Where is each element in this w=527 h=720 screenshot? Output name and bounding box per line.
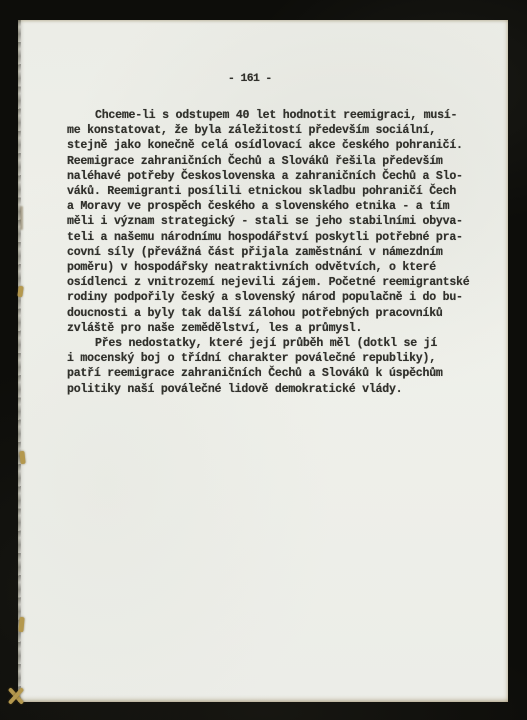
page-number: - 161 - [228, 73, 272, 85]
binding-thread-x [6, 684, 26, 708]
body-text: Chceme-li s odstupem 40 let hodnotit ree… [67, 108, 487, 397]
paragraph-2: Přes nedostatky, které její průběh měl (… [67, 336, 487, 397]
paragraph-1: Chceme-li s odstupem 40 let hodnotit ree… [67, 108, 487, 336]
document-page: - 161 - Chceme-li s odstupem 40 let hodn… [18, 20, 508, 702]
scan-backdrop: - 161 - Chceme-li s odstupem 40 let hodn… [0, 0, 527, 720]
binding-smudge [20, 206, 23, 230]
